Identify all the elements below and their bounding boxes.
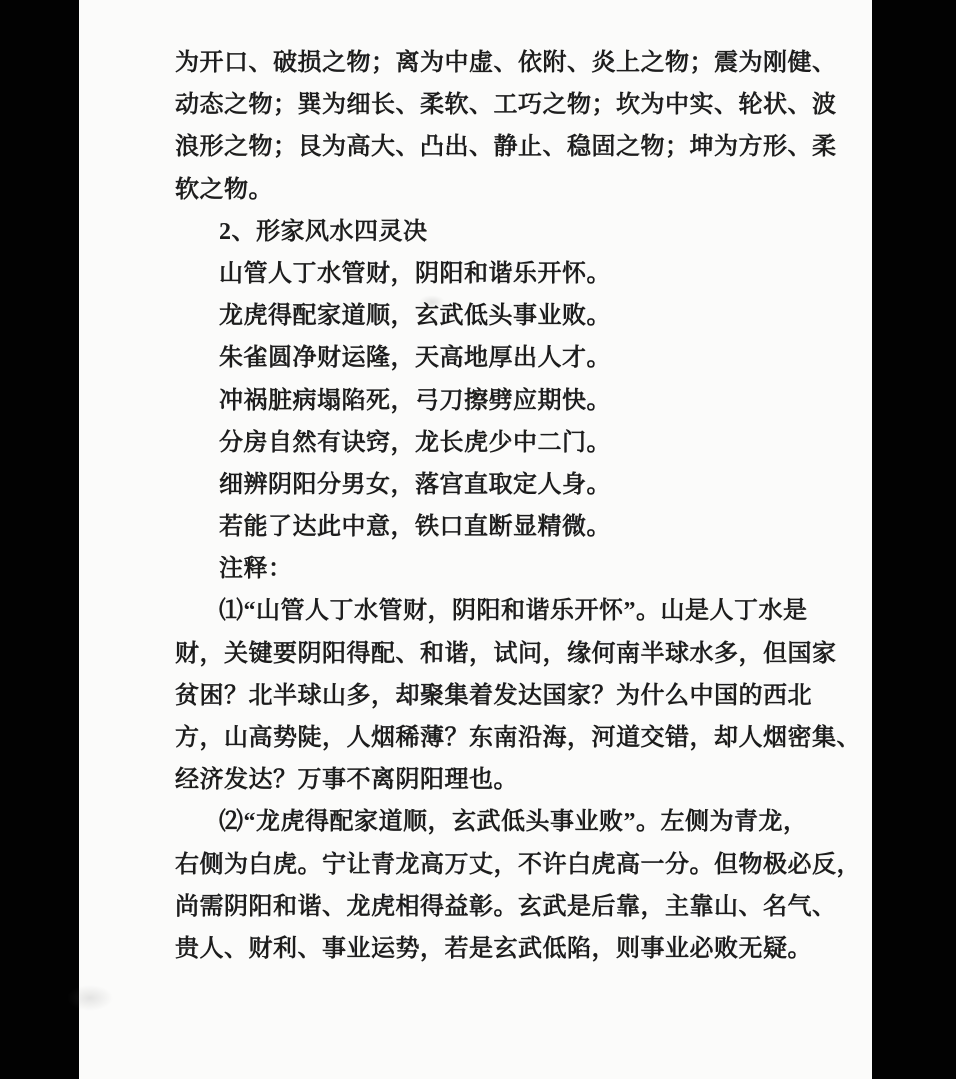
letterbox-left <box>0 0 79 1079</box>
note-line: 右侧为白虎。宁让青龙高万丈，不许白虎高一分。但物极必反， <box>175 844 847 886</box>
text-column: 为开口、破损之物；离为中虚、依附、炎上之物；震为刚健、 动态之物；巽为细长、柔软… <box>175 42 847 970</box>
continued-paragraph: 为开口、破损之物；离为中虚、依附、炎上之物；震为刚健、 动态之物；巽为细长、柔软… <box>175 42 847 211</box>
section-heading: 2、形家风水四灵决 <box>175 211 847 253</box>
notes-label: 注释： <box>175 548 847 590</box>
verse-line: 若能了达此中意，铁口直断显精微。 <box>175 506 847 548</box>
verse-line: 分房自然有诀窍，龙长虎少中二门。 <box>175 422 847 464</box>
letterbox-right <box>872 0 956 1079</box>
body-line: 为开口、破损之物；离为中虚、依附、炎上之物；震为刚健、 <box>175 42 847 84</box>
note-line: ⑴“山管人丁水管财，阴阳和谐乐开怀”。山是人丁水是 <box>175 590 847 632</box>
verse-line: 细辨阴阳分男女，落宫直取定人身。 <box>175 464 847 506</box>
note-line: 尚需阴阳和谐、龙虎相得益彰。玄武是后靠，主靠山、名气、 <box>175 886 847 928</box>
body-line: 软之物。 <box>175 169 847 211</box>
note-line: ⑵“龙虎得配家道顺，玄武低头事业败”。左侧为青龙， <box>175 801 847 843</box>
note-line: 贫困？北半球山多，却聚集着发达国家？为什么中国的西北 <box>175 675 847 717</box>
note-line: 财，关键要阴阳得配、和谐，试问，缘何南半球水多，但国家 <box>175 633 847 675</box>
verse-line: 冲祸脏病塌陷死，弓刀擦劈应期快。 <box>175 380 847 422</box>
note-line: 贵人、财利、事业运势，若是玄武低陷，则事业必败无疑。 <box>175 928 847 970</box>
document-page: 为开口、破损之物；离为中虚、依附、炎上之物；震为刚健、 动态之物；巽为细长、柔软… <box>79 0 872 1079</box>
verse-line: 朱雀圆净财运隆，天高地厚出人才。 <box>175 337 847 379</box>
note-line: 方，山高势陡，人烟稀薄？东南沿海，河道交错，却人烟密集、 <box>175 717 847 759</box>
verse-block: 山管人丁水管财，阴阳和谐乐开怀。 龙虎得配家道顺，玄武低头事业败。 朱雀圆净财运… <box>175 253 847 548</box>
verse-line: 龙虎得配家道顺，玄武低头事业败。 <box>175 295 847 337</box>
verse-line: 山管人丁水管财，阴阳和谐乐开怀。 <box>175 253 847 295</box>
note-paragraph-1: ⑴“山管人丁水管财，阴阳和谐乐开怀”。山是人丁水是 财，关键要阴阳得配、和谐，试… <box>175 590 847 801</box>
screenshot-stage: 为开口、破损之物；离为中虚、依附、炎上之物；震为刚健、 动态之物；巽为细长、柔软… <box>0 0 956 1079</box>
body-line: 浪形之物；艮为高大、凸出、静止、稳固之物；坤为方形、柔 <box>175 126 847 168</box>
note-line: 经济发达？万事不离阴阳理也。 <box>175 759 847 801</box>
note-paragraph-2: ⑵“龙虎得配家道顺，玄武低头事业败”。左侧为青龙， 右侧为白虎。宁让青龙高万丈，… <box>175 801 847 970</box>
body-line: 动态之物；巽为细长、柔软、工巧之物；坎为中实、轮状、波 <box>175 84 847 126</box>
